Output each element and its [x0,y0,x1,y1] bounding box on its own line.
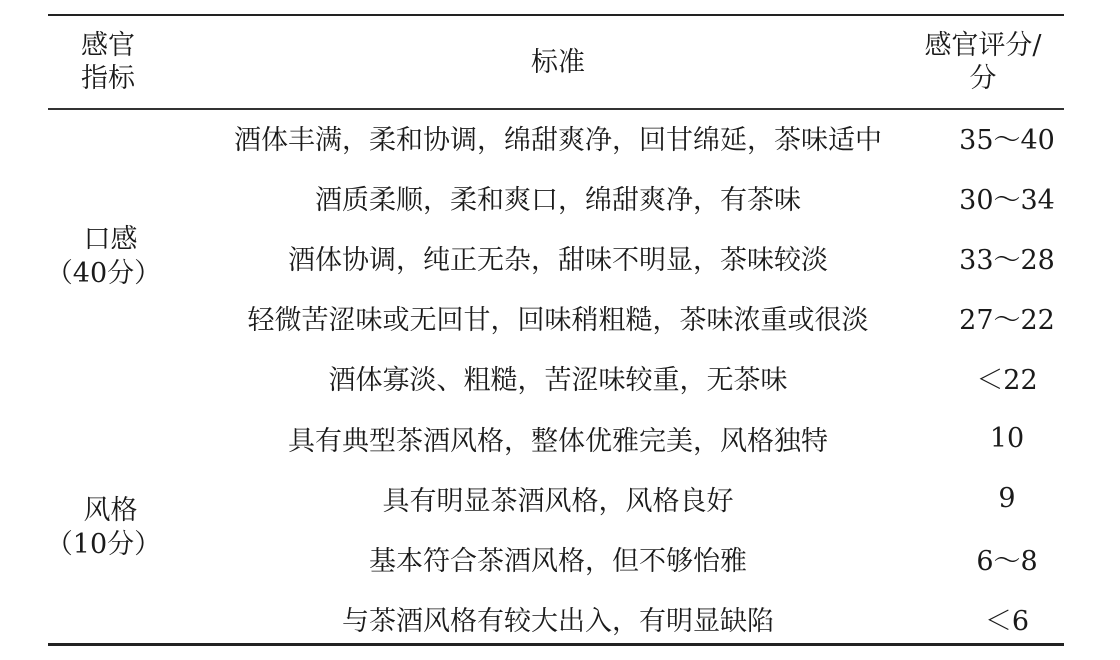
table-row: 酒质柔顺，柔和爽口，绵甜爽净，有茶味 30～34 [168,167,1068,227]
header-standard: 标准 [168,16,948,108]
table-row: 具有典型茶酒风格，整体优雅完美，风格独特 10 [168,408,1068,468]
group-weight: （10分） [46,528,161,562]
score-value: 27～22 [928,287,1086,347]
criterion-text: 具有典型茶酒风格，整体优雅完美，风格独特 [168,408,948,468]
score-value: 10 [928,408,1086,468]
score-value: 33～28 [928,227,1086,287]
header-indicator-line1: 感官 [81,29,135,62]
bottom-rule [48,643,1064,646]
group-name: 风格 [60,494,161,528]
criterion-text: 酒体协调，纯正无杂，甜味不明显，茶味较淡 [168,227,948,287]
criterion-text: 与茶酒风格有较大出入，有明显缺陷 [168,588,948,648]
header-indicator: 感官 指标 [48,16,168,108]
criterion-text: 酒体寡淡、粗糙，苦涩味较重，无茶味 [168,347,948,407]
group-name: 口感 [60,223,161,257]
criterion-text: 具有明显茶酒风格，风格良好 [168,468,948,528]
table-row: 基本符合茶酒风格，但不够怡雅 6～8 [168,528,1068,588]
score-value: ＜6 [928,588,1086,648]
header-indicator-line2: 指标 [81,62,135,95]
table-row: 具有明显茶酒风格，风格良好 9 [168,468,1068,528]
group-weight: （40分） [46,257,161,291]
table-row: 与茶酒风格有较大出入，有明显缺陷 ＜6 [168,588,1068,648]
criterion-text: 基本符合茶酒风格，但不够怡雅 [168,528,948,588]
score-value: 9 [928,468,1086,528]
group-label-style: 风格 （10分） [48,408,173,648]
criterion-text: 轻微苦涩味或无回甘，回味稍粗糙，茶味浓重或很淡 [168,287,948,347]
table-row: 轻微苦涩味或无回甘，回味稍粗糙，茶味浓重或很淡 27～22 [168,287,1068,347]
score-value: ＜22 [928,347,1086,407]
score-value: 6～8 [928,528,1086,588]
criterion-text: 酒质柔顺，柔和爽口，绵甜爽净，有茶味 [168,167,948,227]
score-value: 30～34 [928,167,1086,227]
header-score-line2: 分 [924,62,1041,95]
header-score-line1: 感官评分/ [924,29,1041,62]
table-row: 酒体丰满，柔和协调，绵甜爽净，回甘绵延，茶味适中 35～40 [168,107,1068,167]
score-value: 35～40 [928,107,1086,167]
table-row: 酒体寡淡、粗糙，苦涩味较重，无茶味 ＜22 [168,347,1068,407]
header-score: 感官评分/ 分 [893,16,1073,108]
criterion-text: 酒体丰满，柔和协调，绵甜爽净，回甘绵延，茶味适中 [168,107,948,167]
table-row: 酒体协调，纯正无杂，甜味不明显，茶味较淡 33～28 [168,227,1068,287]
group-label-taste: 口感 （40分） [48,107,173,407]
